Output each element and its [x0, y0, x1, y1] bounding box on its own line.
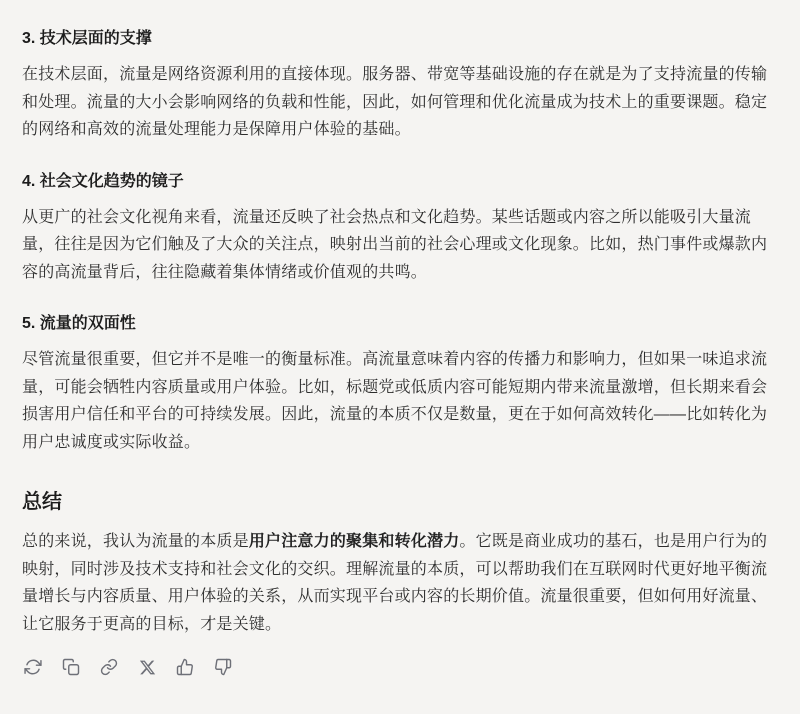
regenerate-button[interactable]	[22, 656, 44, 678]
thumbs-up-button[interactable]	[174, 656, 196, 678]
thumbs-up-icon	[176, 658, 194, 676]
section-heading-3: 3. 技术层面的支撑	[22, 27, 775, 51]
section-paragraph-3: 在技术层面，流量是网络资源利用的直接体现。服务器、带宽等基础设施的存在就是为了支…	[22, 61, 775, 144]
message-action-toolbar	[22, 656, 775, 678]
summary-heading: 总结	[22, 488, 775, 516]
section-heading-4: 4. 社会文化趋势的镜子	[22, 170, 775, 194]
section-heading-5: 5. 流量的双面性	[22, 312, 775, 336]
link-icon	[100, 658, 118, 676]
section-paragraph-4: 从更广的社会文化视角来看，流量还反映了社会热点和文化趋势。某些话题或内容之所以能…	[22, 204, 775, 287]
regenerate-icon	[24, 658, 42, 676]
share-x-icon	[139, 659, 156, 676]
copy-icon	[62, 658, 80, 676]
thumbs-down-icon	[214, 658, 232, 676]
share-x-button[interactable]	[136, 656, 158, 678]
summary-paragraph: 总的来说，我认为流量的本质是用户注意力的聚集和转化潜力。它既是商业成功的基石，也…	[22, 528, 775, 638]
link-button[interactable]	[98, 656, 120, 678]
thumbs-down-button[interactable]	[212, 656, 234, 678]
copy-button[interactable]	[60, 656, 82, 678]
section-paragraph-5: 尽管流量很重要，但它并不是唯一的衡量标准。高流量意味着内容的传播力和影响力，但如…	[22, 346, 775, 456]
assistant-message: 3. 技术层面的支撑 在技术层面，流量是网络资源利用的直接体现。服务器、带宽等基…	[0, 0, 800, 678]
